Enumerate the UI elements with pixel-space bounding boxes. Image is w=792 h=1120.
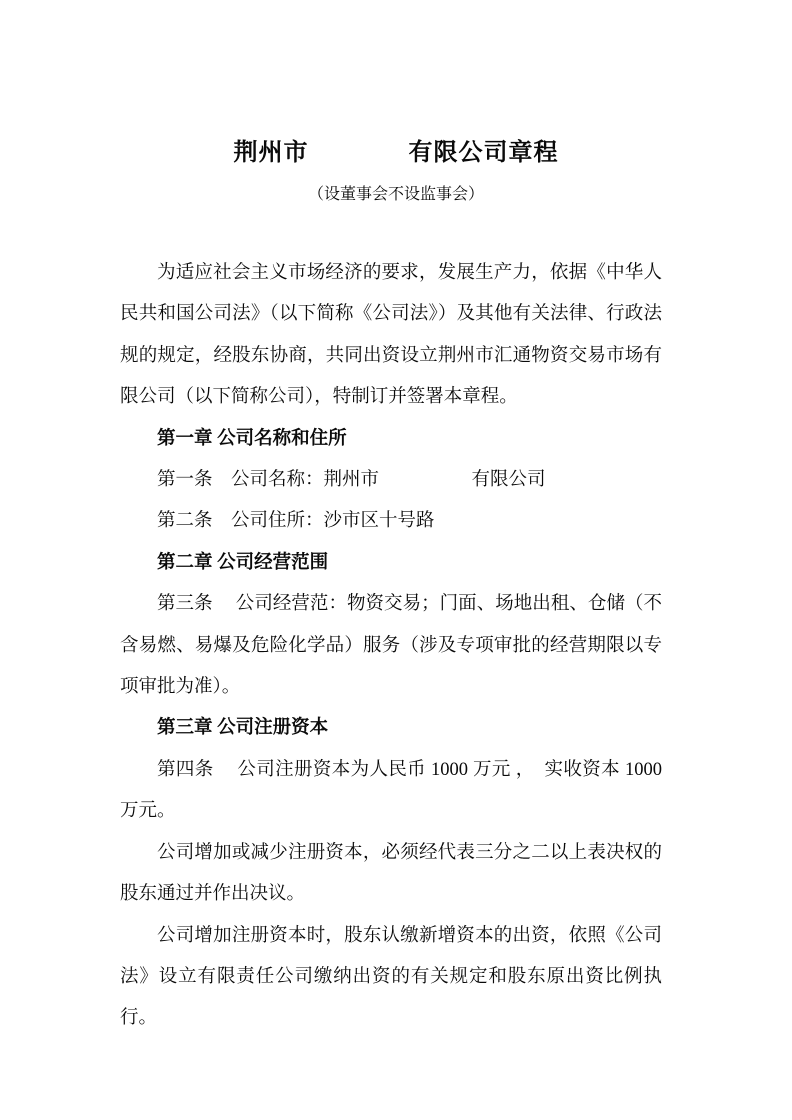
body-paragraph: 第四条 公司注册资本为人民币 1000 万元 ， 实收资本 1000 万元。	[120, 750, 662, 833]
document-title: 荆州市 有限公司章程	[0, 0, 792, 170]
document-page: 荆州市 有限公司章程 （设董事会不设监事会） 为适应社会主义市场经济的要求，发展…	[0, 0, 792, 1120]
document-body: 为适应社会主义市场经济的要求，发展生产力，依据《中华人民共和国公司法》（以下简称…	[120, 253, 662, 1040]
chapter-heading: 第三章 公司注册资本	[120, 708, 662, 749]
body-paragraph: 第二条 公司住所：沙市区十号路	[120, 501, 662, 542]
chapter-heading: 第二章 公司经营范围	[120, 543, 662, 584]
body-paragraph: 公司增加或减少注册资本，必须经代表三分之二以上表决权的股东通过并作出决议。	[120, 833, 662, 916]
document-subtitle: （设董事会不设监事会）	[0, 184, 792, 206]
body-paragraph: 第三条 公司经营范：物资交易；门面、场地出租、仓储（不含易燃、易爆及危险化学品）…	[120, 584, 662, 708]
body-paragraph: 公司增加注册资本时，股东认缴新增资本的出资，依照《公司法》设立有限责任公司缴纳出…	[120, 916, 662, 1040]
body-paragraph: 为适应社会主义市场经济的要求，发展生产力，依据《中华人民共和国公司法》（以下简称…	[120, 253, 662, 419]
chapter-heading: 第一章 公司名称和住所	[120, 419, 662, 460]
body-paragraph: 第一条 公司名称：荆州市 有限公司	[120, 460, 662, 501]
